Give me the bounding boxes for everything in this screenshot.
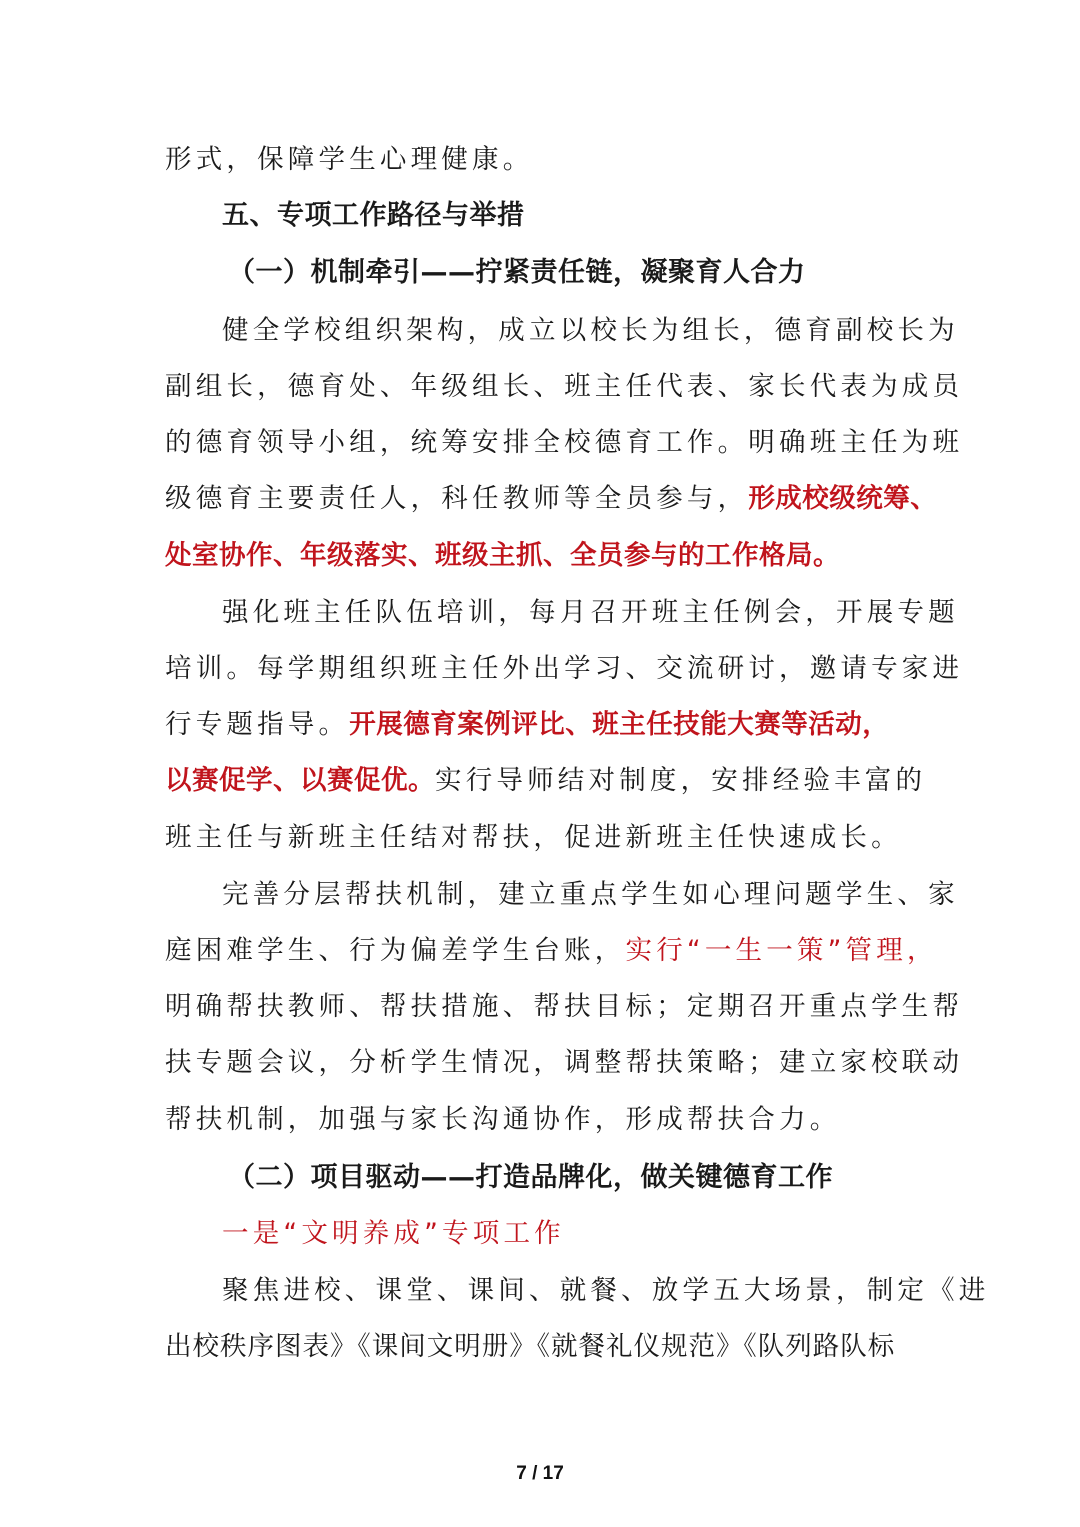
highlight-line: 处室协作、年级落实、班级主抓、全员参与的工作格局。 [165, 536, 917, 576]
paragraph-line: 扶专题会议，分析学生情况，调整帮扶策略；建立家校联动 [165, 1043, 917, 1083]
text-run: 级德育主要责任人，科任教师等全员参与， [165, 483, 748, 514]
paragraph-line: 庭困难学生、行为偏差学生台账，实行“一生一策”管理， [165, 931, 917, 971]
text-run: 行专题指导。 [165, 709, 349, 740]
text-run: 实行导师结对制度，安排经验丰富的 [435, 765, 926, 796]
paragraph-line: 以赛促学、以赛促优。实行导师结对制度，安排经验丰富的 [165, 761, 917, 801]
paragraph-line: 明确帮扶教师、帮扶措施、帮扶目标；定期召开重点学生帮 [165, 987, 917, 1027]
paragraph-line: 形式，保障学生心理健康。 [165, 140, 917, 180]
paragraph-line: 的德育领导小组，统筹安排全校德育工作。明确班主任为班 [165, 423, 917, 463]
subsection-heading: （二）项目驱动——打造品牌化，做关键德育工作 [228, 1158, 980, 1198]
page-number: 7 / 17 [0, 1463, 1080, 1485]
paragraph-line: 帮扶机制，加强与家长沟通协作，形成帮扶合力。 [165, 1100, 917, 1140]
paragraph-line: 出校秩序图表》《课间文明册》《就餐礼仪规范》《队列路队标 [165, 1327, 917, 1367]
paragraph-line: 强化班主任队伍培训，每月召开班主任例会，开展专题 [222, 593, 917, 633]
subsection-heading: （一）机制牵引——拧紧责任链，凝聚育人合力 [228, 253, 980, 293]
paragraph-line: 级德育主要责任人，科任教师等全员参与，形成校级统筹、 [165, 479, 917, 519]
section-heading: 五、专项工作路径与举措 [222, 196, 974, 236]
highlight-text: 实行“一生一策”管理， [626, 935, 938, 966]
text-run: 庭困难学生、行为偏差学生台账， [165, 935, 626, 966]
paragraph-line: 完善分层帮扶机制，建立重点学生如心理问题学生、家 [222, 875, 917, 915]
paragraph-line: 班主任与新班主任结对帮扶，促进新班主任快速成长。 [165, 818, 917, 858]
paragraph-line: 行专题指导。开展德育案例评比、班主任技能大赛等活动， [165, 705, 917, 745]
highlight-text: 以赛促学、以赛促优。 [165, 765, 435, 796]
paragraph-line: 健全学校组织架构，成立以校长为组长，德育副校长为 [222, 311, 917, 351]
highlight-text: 形成校级统筹、 [748, 483, 937, 514]
paragraph-line: 培训。每学期组织班主任外出学习、交流研讨，邀请专家进 [165, 649, 917, 689]
highlight-text: 开展德育案例评比、班主任技能大赛等活动， [349, 709, 889, 740]
item-heading: 一是“文明养成”专项工作 [222, 1214, 974, 1254]
paragraph-line: 聚焦进校、课堂、课间、就餐、放学五大场景，制定《进 [222, 1271, 917, 1311]
paragraph-line: 副组长，德育处、年级组长、班主任代表、家长代表为成员 [165, 367, 917, 407]
